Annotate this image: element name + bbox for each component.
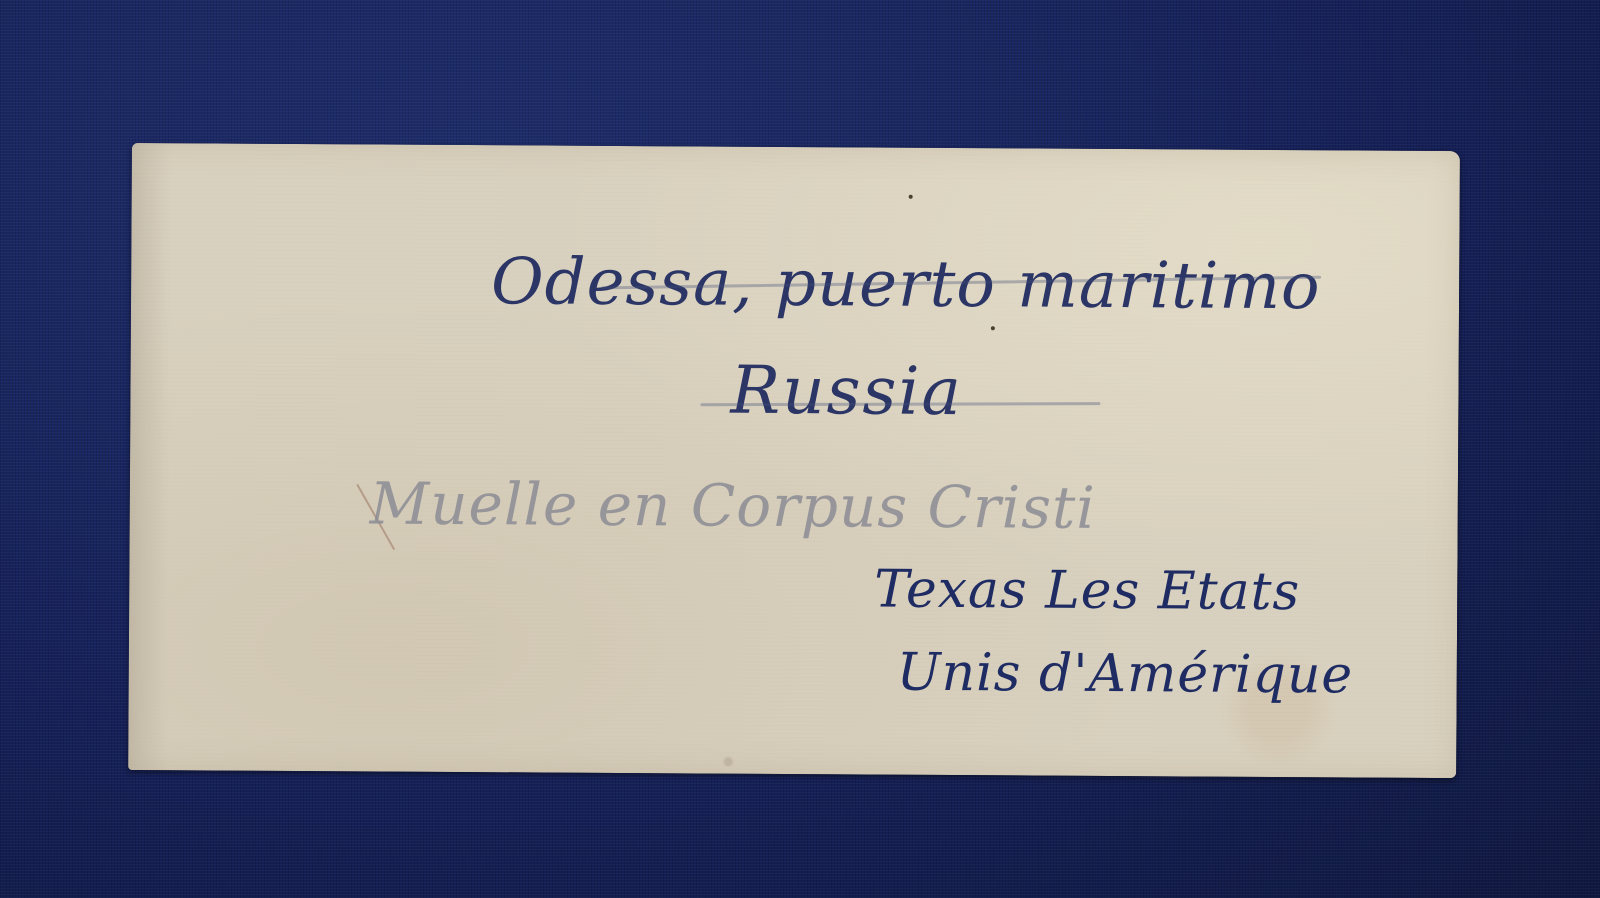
fabric-background: Odessa, puerto maritimo Russia Muelle en… <box>0 0 1600 898</box>
handwritten-card: Odessa, puerto maritimo Russia Muelle en… <box>128 143 1460 778</box>
card-line-muelle: Muelle en Corpus Cristi <box>370 469 1096 541</box>
ink-speck <box>909 195 913 199</box>
card-line-texas: Texas Les Etats <box>874 560 1300 623</box>
ink-speck <box>991 326 995 330</box>
card-line-amerique: Unis d'Amérique <box>897 643 1354 706</box>
card-line-russia: Russia <box>730 352 963 430</box>
strikethrough-line <box>700 402 1100 406</box>
